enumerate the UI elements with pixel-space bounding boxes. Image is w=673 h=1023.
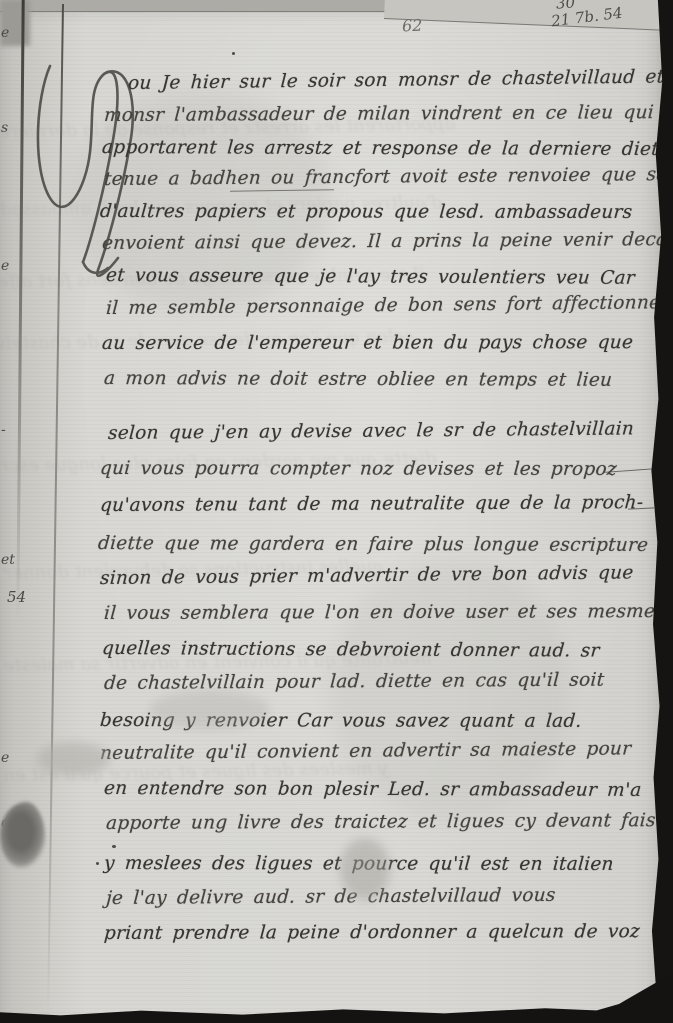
margin-glyph-fragment: e (1, 258, 9, 274)
binding-crease-line (16, 0, 24, 620)
manuscript-line: quelles instructions se debvroient donne… (101, 640, 600, 661)
manuscript-line: selon que j'en ay devise avec le sr de c… (107, 420, 634, 443)
ink-speck (96, 862, 99, 865)
manuscript-line: il vous semblera que l'on en doive user … (103, 603, 665, 623)
manuscript-line: envoient ainsi que devez. Il a prins la … (101, 231, 667, 253)
manuscript-line: de chastelvillain pour lad. diette en ca… (103, 672, 604, 694)
manuscript-line: d'aultres papiers et propous que lesd. a… (99, 203, 633, 222)
manuscript-line: ou Je hier sur le soir son monsr de chas… (127, 68, 664, 93)
margin-glyph-fragment: e (1, 750, 9, 766)
manuscript-line: monsr l'ambassadeur de milan vindrent en… (103, 104, 654, 125)
manuscript-line: au service de l'empereur et bien du pays… (101, 334, 633, 353)
manuscript-line: qui vous pourra compter noz devises et l… (99, 460, 617, 479)
underline-mark (230, 189, 334, 191)
margin-glyph-fragment: - (1, 422, 6, 438)
folio-number: 62 (402, 16, 423, 36)
underlying-page-corner (384, 0, 673, 32)
photo-background-bottom-edge (0, 1003, 673, 1023)
manuscript-line: il me semble personnaige de bon sens for… (105, 294, 660, 318)
smudge-stain (340, 838, 390, 900)
manuscript-line: apporte ung livre des traictez et ligues… (105, 812, 656, 833)
margin-glyph-fragment: s (1, 120, 8, 136)
manuscript-photo: 30 62 21 7b. 54 apportarent les arrestz … (0, 0, 673, 1023)
manuscript-line: qu'avons tenu tant de ma neutralite que … (99, 494, 643, 515)
manuscript-line: je l'ay delivre aud. sr de chastelvillau… (105, 887, 556, 909)
smudge-stain (36, 742, 110, 776)
manuscript-line: neutralite qu'il convient en advertir sa… (99, 740, 631, 763)
manuscript-line: et vous asseure que je l'ay tres voulent… (105, 267, 635, 288)
ink-blot (0, 802, 46, 868)
margin-glyph-fragment: et (1, 552, 15, 568)
manuscript-line: sinon de vous prier m'advertir de vre bo… (99, 564, 634, 588)
ink-speck (112, 845, 116, 848)
manuscript-line: diette que me gardera en faire plus long… (97, 535, 649, 555)
ink-speck (138, 792, 141, 794)
manuscript-line: en entendre son bon plesir Led. sr ambas… (103, 780, 642, 800)
ink-speck (232, 52, 235, 55)
smudge-stain (150, 690, 270, 730)
margin-glyph-fragment: 54 (7, 588, 26, 606)
manuscript-line: tenue a badhen ou francfort avoit este r… (103, 166, 673, 190)
page-top-edge (0, 0, 402, 12)
manuscript-line: apportarent les arrestz et response de l… (101, 139, 673, 160)
margin-glyph-fragment: e (1, 25, 9, 41)
manuscript-line: a mon advis ne doit estre obliee en temp… (103, 370, 613, 390)
manuscript-page: 30 62 21 7b. 54 apportarent les arrestz … (0, 0, 673, 1023)
manuscript-line: priant prendre la peine d'ordonner a que… (103, 923, 640, 943)
